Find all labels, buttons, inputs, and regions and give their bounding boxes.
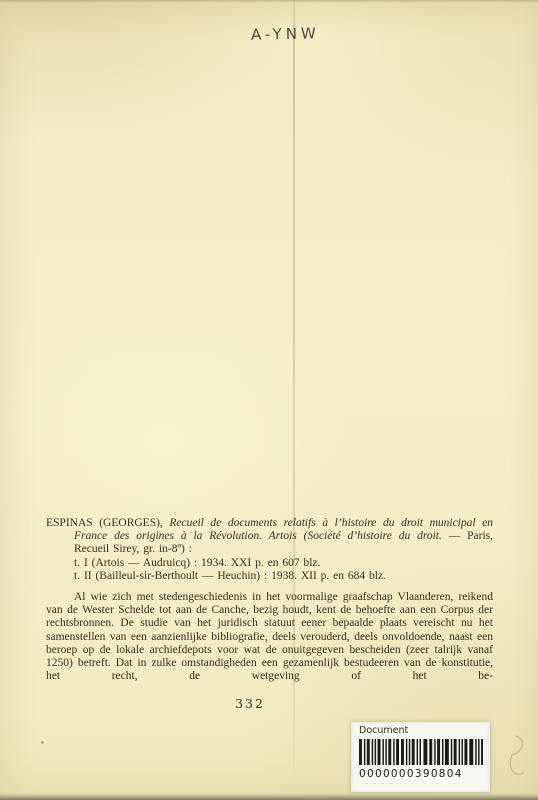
barcode-sticker: Document 0000000390804: [351, 722, 490, 792]
bibliography-entry: ESPINAS (GEORGES), Recueil de documents …: [46, 517, 493, 557]
page-bottom-edge-shadow: [0, 794, 538, 800]
page-number: 332: [228, 696, 272, 711]
text-block: ESPINAS (GEORGES), Recueil de documents …: [46, 517, 493, 683]
pencil-mark: [504, 733, 534, 785]
bibliography-volume-1: t. I (Artois — Audruicq) : 1934. XXI p. …: [46, 557, 493, 570]
bibliography-author: ESPINAS (GEORGES),: [46, 517, 169, 529]
barcode-number: 0000000390804: [359, 768, 463, 780]
bibliography-volume-2: t. II (Bailleul-sir-Berthoult — Heuchin)…: [46, 570, 493, 583]
barcode-label: Document: [359, 725, 408, 736]
scanned-book-page: A-YNW ESPINAS (GEORGES), Recueil de docu…: [0, 0, 538, 800]
paper-speck: [41, 741, 44, 744]
handwritten-shelfmark: A-YNW: [251, 24, 320, 43]
page-top-edge-shadow: [0, 0, 538, 3]
review-paragraph: Al wie zich met stedengeschiedenis in he…: [46, 591, 493, 683]
barcode-bars-icon: [359, 739, 483, 765]
